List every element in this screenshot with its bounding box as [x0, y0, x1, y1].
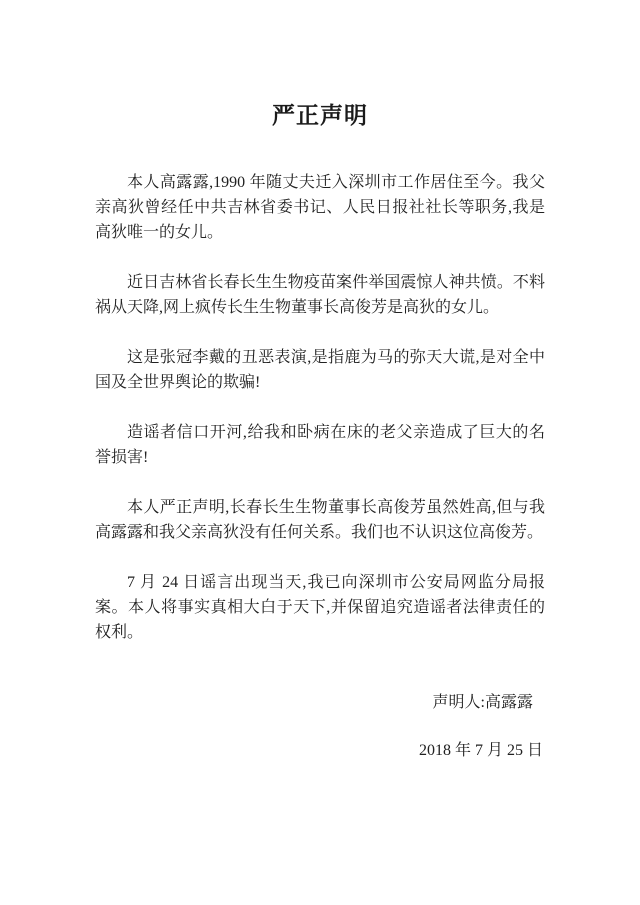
document-body: 本人高露露,1990 年随丈夫迁入深圳市工作居住至今。我父亲高狄曾经任中共吉林省…: [95, 170, 545, 645]
statement-paragraph-1: 本人高露露,1990 年随丈夫迁入深圳市工作居住至今。我父亲高狄曾经任中共吉林省…: [95, 170, 545, 245]
signer-name-line: 声明人:高露露: [95, 690, 545, 715]
statement-paragraph-6: 7 月 24 日谣言出现当天,我已向深圳市公安局网监分局报案。本人将事实真相大白…: [95, 570, 545, 645]
document-title: 严正声明: [95, 98, 545, 132]
statement-paragraph-4: 造谣者信口开河,给我和卧病在床的老父亲造成了巨大的名誉损害!: [95, 420, 545, 470]
statement-date-line: 2018 年 7 月 25 日: [95, 738, 545, 763]
statement-paragraph-5: 本人严正声明,长春长生生物董事长高俊芳虽然姓高,但与我高露露和我父亲高狄没有任何…: [95, 495, 545, 545]
signature-block: 声明人:高露露 2018 年 7 月 25 日: [95, 690, 545, 763]
statement-document-page: 严正声明 本人高露露,1990 年随丈夫迁入深圳市工作居住至今。我父亲高狄曾经任…: [0, 0, 640, 905]
statement-paragraph-3: 这是张冠李戴的丑恶表演,是指鹿为马的弥天大谎,是对全中国及全世界舆论的欺骗!: [95, 345, 545, 395]
statement-paragraph-2: 近日吉林省长春长生生物疫苗案件举国震惊人神共愤。不料祸从天降,网上疯传长生生物董…: [95, 270, 545, 320]
